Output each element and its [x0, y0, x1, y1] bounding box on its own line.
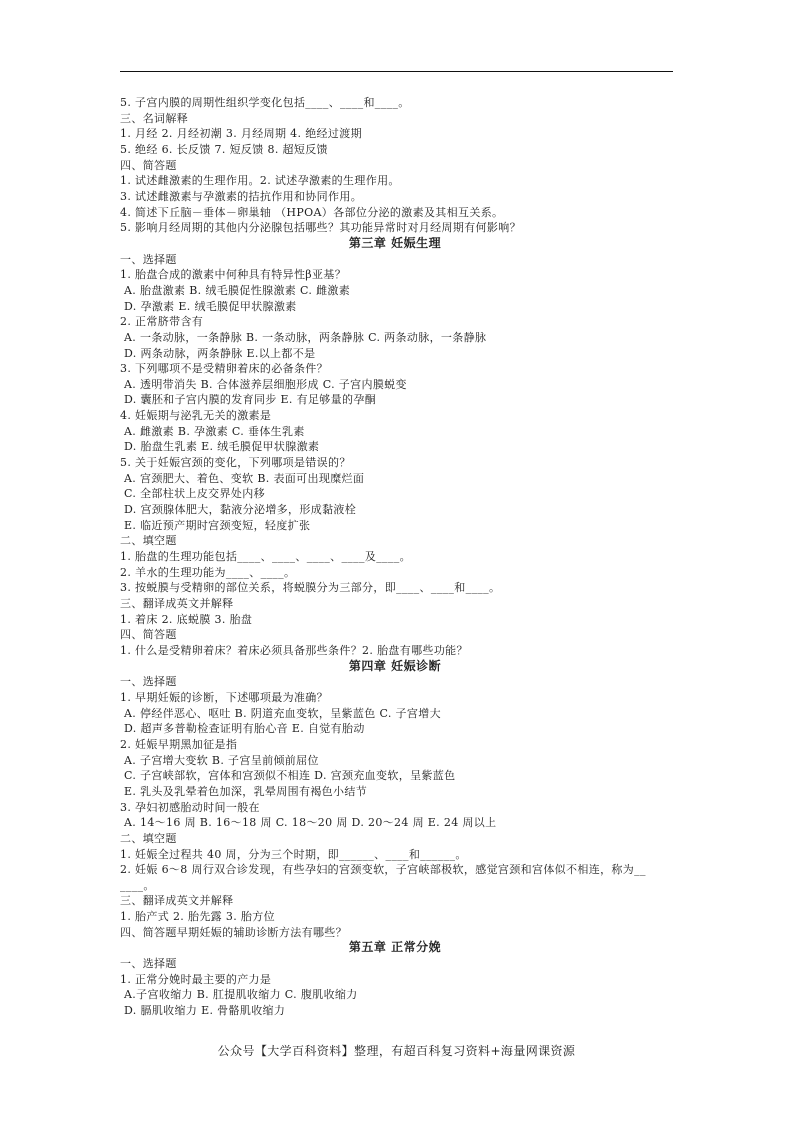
answer-options: D. 胎盘生乳素 E. 绒毛膜促甲状腺激素 — [120, 439, 680, 455]
question-line: 1. 着床 2. 底蜕膜 3. 胎盘 — [120, 612, 680, 628]
question-line: 1. 妊娠全过程共 40 周，分为三个时期，即______、____和_____… — [120, 847, 680, 863]
section-title: 三、翻译成英文并解释 — [120, 596, 680, 612]
answer-options: A. 胎盘激素 B. 绒毛膜促性腺激素 C. 雌激素 — [120, 283, 680, 299]
chapter-heading: 第五章 正常分娩 — [120, 940, 680, 956]
question-line: 1. 正常分娩时最主要的产力是 — [120, 972, 680, 988]
question-line: 2. 正常脐带含有 — [120, 314, 680, 330]
question-line: 5. 子宫内膜的周期性组织学变化包括____、____和____。 — [120, 95, 680, 111]
question-line: 2. 羊水的生理功能为____、____。 — [120, 565, 680, 581]
question-line: 3. 下列哪项不是受精卵着床的必备条件？ — [120, 361, 680, 377]
question-line: 1. 什么是受精卵着床？着床必须具备那些条件？2. 胎盘有哪些功能？ — [120, 643, 680, 659]
section-title: 三、翻译成英文并解释 — [120, 893, 680, 909]
answer-options: A. 透明带消失 B. 合体滋养层细胞形成 C. 子宫内膜蜕变 — [120, 377, 680, 393]
answer-options: C. 子宫峡部软，宫体和宫颈似不相连 D. 宫颈充血变软，呈紫蓝色 — [120, 768, 680, 784]
section-title: 一、选择题 — [120, 252, 680, 268]
section-title: 二、填空题 — [120, 831, 680, 847]
question-line: 4. 简述下丘脑－垂体－卵巢轴 （HPOA）各部位分泌的激素及其相互关系。 — [120, 205, 680, 221]
question-line: 3. 孕妇初感胎动时间一般在 — [120, 800, 680, 816]
answer-options: E. 乳头及乳晕着色加深，乳晕周围有褐色小结节 — [120, 784, 680, 800]
question-line: 1. 胎盘的生理功能包括____、____、____、____及____。 — [120, 549, 680, 565]
page-footer: 公众号【大学百科资料】整理，有超百科复习资料+海量网课资源 — [0, 1042, 793, 1059]
section-title: 四、简答题早期妊娠的辅助诊断方法有哪些？ — [120, 925, 680, 941]
answer-options: D. 超声多普勒检查证明有胎心音 E. 自觉有胎动 — [120, 721, 680, 737]
section-title: 三、名词解释 — [120, 111, 680, 127]
section-title: 一、选择题 — [120, 956, 680, 972]
answer-options: A. 停经伴恶心、呕吐 B. 阴道充血变软，呈紫蓝色 C. 子宫增大 — [120, 706, 680, 722]
question-line: 5. 绝经 6. 长反馈 7. 短反馈 8. 超短反馈 — [120, 142, 680, 158]
question-line: 4. 妊娠期与泌乳无关的激素是 — [120, 408, 680, 424]
question-line: 2. 妊娠早期黑加征是指 — [120, 737, 680, 753]
section-title: 一、选择题 — [120, 674, 680, 690]
answer-options: A. 雌激素 B. 孕激素 C. 垂体生乳素 — [120, 424, 680, 440]
answer-options: D. 两条动脉，两条静脉 E.以上都不是 — [120, 346, 680, 362]
answer-options: C. 全部柱状上皮交界处内移 — [120, 486, 680, 502]
question-line: 5. 影响月经周期的其他内分泌腺包括哪些？其功能异常时对月经周期有何影响？ — [120, 220, 680, 236]
question-line: 1. 胎盘合成的激素中何种具有特异性β亚基？ — [120, 267, 680, 283]
question-line: ____。 — [120, 878, 680, 894]
answer-options: A. 14～16 周 B. 16～18 周 C. 18～20 周 D. 20～2… — [120, 815, 680, 831]
question-line: 1. 试述雌激素的生理作用。2. 试述孕激素的生理作用。 — [120, 173, 680, 189]
answer-options: D. 孕激素 E. 绒毛膜促甲状腺激素 — [120, 299, 680, 315]
question-line: 3. 试述雌激素与孕激素的拮抗作用和协同作用。 — [120, 189, 680, 205]
header-rule — [120, 71, 673, 72]
answer-options: A. 宫颈肥大、着色、变软 B. 表面可出现糜烂面 — [120, 471, 680, 487]
answer-options: A. 一条动脉，一条静脉 B. 一条动脉，两条静脉 C. 两条动脉，一条静脉 — [120, 330, 680, 346]
answer-options: D. 膈肌收缩力 E. 骨骼肌收缩力 — [120, 1003, 680, 1019]
section-title: 二、填空题 — [120, 533, 680, 549]
question-line: 1. 胎产式 2. 胎先露 3. 胎方位 — [120, 909, 680, 925]
section-title: 四、简答题 — [120, 158, 680, 174]
answer-options: A.子宫收缩力 B. 肛提肌收缩力 C. 腹肌收缩力 — [120, 987, 680, 1003]
section-title: 四、简答题 — [120, 627, 680, 643]
question-line: 1. 早期妊娠的诊断，下述哪项最为准确？ — [120, 690, 680, 706]
answer-options: A. 子宫增大变软 B. 子宫呈前倾前屈位 — [120, 753, 680, 769]
answer-options: E. 临近预产期时宫颈变短，轻度扩张 — [120, 518, 680, 534]
question-line: 2. 妊娠 6～8 周行双合诊发现，有些孕妇的宫颈变软，子宫峡部极软，感觉宫颈和… — [120, 862, 680, 878]
chapter-heading: 第四章 妊娠诊断 — [120, 659, 680, 675]
answer-options: D. 囊胚和子宫内膜的发育同步 E. 有足够量的孕酮 — [120, 392, 680, 408]
answer-options: D. 宫颈腺体肥大，黏液分泌增多，形成黏液栓 — [120, 502, 680, 518]
question-line: 5. 关于妊娠宫颈的变化，下列哪项是错误的？ — [120, 455, 680, 471]
chapter-heading: 第三章 妊娠生理 — [120, 236, 680, 252]
question-line: 1. 月经 2. 月经初潮 3. 月经周期 4. 绝经过渡期 — [120, 126, 680, 142]
document-body: 5. 子宫内膜的周期性组织学变化包括____、____和____。三、名词解释1… — [120, 95, 680, 1019]
question-line: 3. 按蜕膜与受精卵的部位关系，将蜕膜分为三部分，即____、____和____… — [120, 580, 680, 596]
